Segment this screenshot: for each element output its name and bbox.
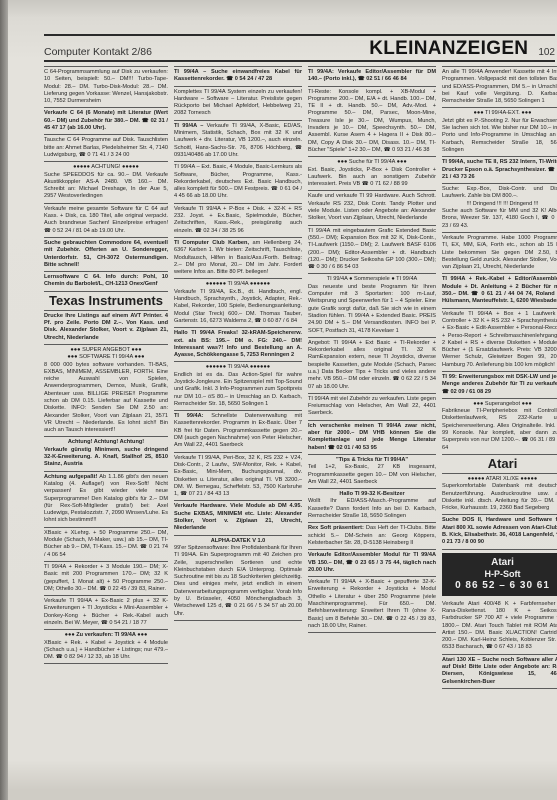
ad-heading: !!! Dringend !!! !!! Dringend !!!	[442, 201, 557, 208]
classified-ad: Suche: Exp.-Box, Disk-Contr. und Disk-La…	[442, 184, 557, 233]
ad-text: Teil 1+2, Ex-Basic, 27 KB insgesamt, Pro…	[308, 464, 436, 485]
ad-heading: ●●● SOFTWARE TI 99/4A ●●●	[44, 354, 168, 361]
page-spine-shadow	[0, 0, 8, 800]
ad-text: C 64-Programmsammlung auf Disk zu verkau…	[44, 69, 168, 104]
classified-ad: Verkaufe Hardware. Viele Module ab DM 4.…	[174, 501, 302, 535]
ad-lead: TI 99/4A –	[174, 123, 203, 129]
classified-ad: C 64-Programmsammlung auf Disk zu verkau…	[44, 66, 168, 108]
classified-ad: Komplettes TI 99/4A System einzeln zu ve…	[174, 87, 302, 121]
classified-ad: ●●●●●● TI 99/4A ●●●●●●Endlich ist es da.…	[174, 362, 302, 411]
ad-text: An alle TI 99/4A Anwender! Kassette mit …	[442, 69, 557, 104]
ad-text: Endlich ist es da. Das Action-Spiel für …	[174, 372, 302, 407]
classified-ad: Verkaufe Atari 400/48 K + Farbfernseher …	[442, 599, 557, 655]
ad-text: Verkaufe TI 99/4A + P-Box + Disk. + 32-K…	[174, 206, 302, 234]
box-phone: 0 86 52 – 6 30 61	[444, 580, 557, 592]
ad-text: Verkaufe Editor/Assembler Modul für TI 9…	[308, 552, 436, 573]
classified-ad: Hallo TI 99-32 K-BesitzerWollt Ihr ED/AS…	[308, 489, 436, 523]
ad-text: 8 000 000 bytes software vorhanden. TI-B…	[44, 362, 168, 434]
ad-lead: TI 99/4A:	[174, 413, 204, 419]
category-heading: Texas Instruments	[44, 292, 168, 311]
classified-ad: Achtung! Achtung! Achtung!Verkaufe günst…	[44, 437, 168, 471]
ad-text: Verkaufe Hardware. Viele Module ab DM 4.…	[174, 503, 302, 531]
classified-ad: Verkaufe TI 99/4A + X-Basic + gepufferte…	[308, 577, 436, 633]
classified-ad: Drucke Ihre Listings auf einem AVT Print…	[44, 311, 168, 345]
classified-ad: Verkaufe TI 99/4A + Box + 1 Laufwerk + C…	[442, 309, 557, 372]
classified-ad: Achtung aufgepaßt! Ab 1.1.86 gibt's den …	[44, 472, 168, 528]
ad-text: Verkaufe TI 99/4A, Peri-Box, 32 K, RS 23…	[174, 455, 302, 497]
ad-text: Jetzt gibt es P.-Shooting 2. Nur für Erw…	[442, 118, 557, 153]
ad-text: TI 99/4A + Rek.-Kabel + Editor/Assembler…	[442, 276, 557, 304]
ad-text: Lernsoftware C 64. Info durch: Pohl, 10 …	[44, 274, 168, 287]
ad-text: TI-Reste: Konsole kompl. + XB-Modul + Pr…	[308, 89, 436, 153]
classified-ad: Atari 130 XE – Suche noch Software aller…	[442, 655, 557, 689]
classified-ad: Kaufe und verkaufe TI 99 Hardware. Auch …	[308, 191, 436, 225]
classified-ad: Angebot: TI 99/4A + Ext Basic + TI-Rekor…	[308, 338, 436, 394]
ad-text: TI 99/4A – Ext. Basic, 4 Module, Basic-L…	[174, 164, 302, 199]
ad-text: Suche auch Software für MM und 32 K! Alb…	[442, 208, 557, 229]
ad-heading: TI 99/4A ● Sommerspiele ● TI 99/4A	[308, 276, 436, 283]
classified-ad: ●●● Zu verkaufen: TI 99/4A ●●●XBasic + R…	[44, 630, 168, 664]
ad-text: Verkaufe C 64 (6 Monate) mit Literatur (…	[44, 110, 168, 131]
ad-text: Verkaufe Atari 400/48 K + Farbfernseher …	[442, 601, 557, 651]
ad-heading: "Tips & Tricks für TI 99/4A"	[308, 457, 436, 464]
section-title: KLEINANZEIGEN	[369, 40, 528, 58]
classified-ad: TI 99/4A – Suche einwandfreies Kabel für…	[174, 66, 302, 87]
classified-ad: ●●● SUPER ANGEBOT ●●●●●● SOFTWARE TI 99/…	[44, 345, 168, 438]
ad-heading: Hallo TI 99-32 K-Besitzer	[308, 491, 436, 498]
classified-ad: Rex Soft präsentiert: Das Heft der TI-Cl…	[308, 523, 436, 550]
ad-text: TI 99/4A – Suche einwandfreies Kabel für…	[174, 69, 302, 82]
ad-text: TI 99/4A: Verkaufe Editor/Assembler für …	[308, 69, 436, 82]
ad-text: Suche gebrauchten Commodore 64, eventuel…	[44, 240, 168, 268]
classified-ad: TI 99/4A, suche TE II, RS 232 Intern, TI…	[442, 157, 557, 184]
ad-text: Suche: Exp.-Box, Disk-Contr. und Disk-La…	[442, 186, 557, 199]
classified-ad: TI 99/4A ● Sommerspiele ● TI 99/4ADas ne…	[308, 274, 436, 337]
classified-ad: Verkaufe TI 99/4A + Ex-Basic 2 plus + 32…	[44, 596, 168, 630]
ad-text: Verkaufe Programme. Habe 1000 Programme …	[442, 235, 557, 270]
ad-lead: Rex Soft präsentiert:	[308, 525, 364, 531]
ad-text: Suche SPEEDDOS für ca. 90.– DM. Verkaufe…	[44, 172, 168, 200]
ad-text: Superkomfortable Datenbank mit deutscher…	[442, 483, 557, 511]
ad-text: Ext. Basic, Joysticks, P-Box + Disk Cont…	[308, 167, 436, 188]
ad-text: XBasic + Rek. + Kabel + Joystick + 4 Mod…	[44, 640, 168, 661]
advertiser-box: AtariH-P-Soft0 86 52 – 6 30 61	[442, 553, 557, 596]
ad-lead: TI Computer Club Karben,	[174, 240, 249, 246]
ad-text: Verkaufe TI 99/4A, Ex.B., dt. Handbuch, …	[174, 289, 302, 324]
ad-text: Verkaufe TI 99/4A + Box + 1 Laufwerk + C…	[442, 311, 557, 368]
ad-text: Hallo TI 99/4A Freaks! 32-kRAM-Speichere…	[174, 330, 302, 358]
classified-ad: ●●●●● ACHTUNG! ●●●●●Suche SPEEDDOS für c…	[44, 162, 168, 203]
ad-text: Angebot: TI 99/4A + Ext Basic + TI-Rekor…	[308, 340, 436, 390]
ad-text: Verkaufe TI 99/4A + X-Basic + gepufferte…	[308, 579, 436, 629]
classified-ad: Verkaufe Programme. Habe 1000 Programme …	[442, 233, 557, 274]
classified-ad: Suche DOS II, Hardware und Software für …	[442, 515, 557, 549]
ad-text: Fabrikneue TI-Peripheriebox mit Controll…	[442, 408, 557, 450]
ad-text: Ich verschenke meinen TI 99/4A zwar nich…	[308, 423, 436, 451]
ad-lead: Achtung aufgepaßt!	[44, 474, 97, 480]
column-4: An alle TI 99/4A Anwender! Kassette mit …	[442, 66, 557, 786]
ad-heading: ●●●●● ATARI XL/XE ●●●●●	[442, 476, 557, 483]
ad-heading: ●●●●● ACHTUNG! ●●●●●	[44, 164, 168, 171]
classified-ad: TI 99/4A – Verkaufe TI 99/4A, X-Basic, E…	[174, 121, 302, 162]
category-heading: Atari	[442, 455, 557, 474]
ad-heading: ●●●●●● TI 99/4A ●●●●●●	[174, 364, 302, 371]
classified-ad: TI 99/4A mit eingebautem Grafic Extended…	[308, 226, 436, 275]
ad-text: Atari 130 XE – Suche noch Software aller…	[442, 657, 557, 685]
ad-text: XBasic + XLehrg. + 50 Programme 250.– DM…	[44, 530, 168, 558]
ad-heading: ●●● Superangebot ●●●	[442, 401, 557, 408]
classified-ad: TI 99/4A: Verkaufe Editor/Assembler für …	[308, 66, 436, 87]
classified-ad: Verkaufe Editor/Assembler Modul für TI 9…	[308, 550, 436, 577]
header-right: KLEINANZEIGEN 102	[369, 40, 555, 58]
classified-ad: ●●● TI 99/4A-EXT. ●●●Jetzt gibt es P.-Sh…	[442, 108, 557, 157]
classified-ad: TI 99/4A mit viel Zubehör zu verkaufen. …	[308, 394, 436, 421]
ad-heading: ●●● Suche für TI 99/4A ●●●	[308, 159, 436, 166]
classified-ad: TI 99: Erweiterungsbox mit DSK-LW und je…	[442, 372, 557, 399]
classified-ad: XBasic + XLehrg. + 50 Programme 250.– DM…	[44, 528, 168, 562]
page-number: 102	[538, 47, 555, 58]
classified-ad: ●●●●●● TI 99/4A ●●●●●●Verkaufe TI 99/4A,…	[174, 279, 302, 328]
page-header: Computer Kontakt 2/86 KLEINANZEIGEN 102	[44, 34, 555, 62]
ad-text: 99'er Spitzensoftware: Ihre Profidatenba…	[174, 545, 302, 617]
ad-text: Tausche C 64 Programme auf Disk. Tauschl…	[44, 137, 168, 158]
classified-ad: An alle TI 99/4A Anwender! Kassette mit …	[442, 66, 557, 108]
classified-ad: ●●● Superangebot ●●●Fabrikneue TI-Periph…	[442, 399, 557, 455]
ad-text: Komplettes TI 99/4A System einzeln zu ve…	[174, 89, 302, 117]
ad-text: TI 99/4A mit viel Zubehör zu verkaufen. …	[308, 396, 436, 417]
magazine-page: Computer Kontakt 2/86 KLEINANZEIGEN 102 …	[8, 0, 557, 800]
ad-heading: ●●●●●● TI 99/4A ●●●●●●	[174, 281, 302, 288]
column-2: TI 99/4A – Suche einwandfreies Kabel für…	[174, 66, 302, 786]
ad-text: Verkaufe TI 99/4A + Ex-Basic 2 plus + 32…	[44, 598, 168, 626]
classified-ad: ALPHA-DATEK V 1.099'er Spitzensoftware: …	[174, 536, 302, 621]
classified-ad: TI 99/4A – Ext. Basic, 4 Module, Basic-L…	[174, 162, 302, 203]
classified-ad: ●●● Suche für TI 99/4A ●●●Ext. Basic, Jo…	[308, 157, 436, 191]
ad-heading: ALPHA-DATEK V 1.0	[174, 538, 302, 545]
classified-columns: C 64-Programmsammlung auf Disk zu verkau…	[44, 66, 555, 786]
ad-text: Drucke Ihre Listings auf einem AVT Print…	[44, 313, 168, 341]
column-1: C 64-Programmsammlung auf Disk zu verkau…	[44, 66, 168, 786]
classified-ad: "Tips & Tricks für TI 99/4A"Teil 1+2, Ex…	[308, 455, 436, 489]
classified-ad: TI 99/4A: Schnellste Datenverwaltung mit…	[174, 411, 302, 452]
ad-text: TI 99/4A mit eingebautem Grafic Extended…	[308, 228, 436, 270]
ad-text: Wollt Ihr ED/ASS-Masch.-Programme auf Ka…	[308, 498, 436, 519]
classified-ad: ●●●●● ATARI XL/XE ●●●●●Superkomfortable …	[442, 474, 557, 515]
classified-ad: Verkaufe meine gesamte Software für C 64…	[44, 204, 168, 238]
box-company: H-P-Soft	[444, 569, 557, 580]
column-3: TI 99/4A: Verkaufe Editor/Assembler für …	[308, 66, 436, 786]
classified-ad: Verkaufe C 64 (6 Monate) mit Literatur (…	[44, 108, 168, 135]
classified-ad: TI Computer Club Karben, am Hellenberg 2…	[174, 238, 302, 279]
classified-ad: TI 99/4A + Rek.-Kabel + Editor/Assembler…	[442, 274, 557, 308]
ad-heading: Achtung! Achtung! Achtung!	[44, 439, 168, 446]
ad-text: Das neueste und beste Programm für Ihren…	[308, 284, 436, 334]
classified-ad: Verkaufe TI 99/4A, Peri-Box, 32 K, RS 23…	[174, 453, 302, 502]
ad-text: TI 99: Erweiterungsbox mit DSK-LW und je…	[442, 374, 557, 395]
ad-text: Ab 1.1.86 gibt's den neuen Katalog (4. A…	[44, 474, 168, 524]
classified-ad: Suche gebrauchten Commodore 64, eventuel…	[44, 238, 168, 272]
classified-ad: Tausche C 64 Programme auf Disk. Tauschl…	[44, 135, 168, 162]
box-brand: Atari	[444, 557, 557, 569]
ad-text: Kaufe und verkaufe TI 99 Hardware. Auch …	[308, 193, 436, 221]
magazine-title: Computer Kontakt 2/86	[44, 46, 152, 58]
ad-heading: ●●● Zu verkaufen: TI 99/4A ●●●	[44, 632, 168, 639]
ad-text: Verkaufe günstig Minimem, suche dringend…	[44, 447, 168, 468]
ad-heading: ●●● SUPER ANGEBOT ●●●	[44, 347, 168, 354]
classified-ad: TI-Reste: Konsole kompl. + XB-Modul + Pr…	[308, 87, 436, 158]
classified-ad: Hallo TI 99/4A Freaks! 32-kRAM-Speichere…	[174, 328, 302, 362]
classified-ad: Verkaufe TI 99/4A + P-Box + Disk. + 32-K…	[174, 204, 302, 238]
ad-text: TI 99/4A, suche TE II, RS 232 Intern, TI…	[442, 159, 557, 180]
classified-ad: TI 99/4A + Rekorder + 3 Module 190.– DM;…	[44, 562, 168, 596]
ad-text: TI 99/4A + Rekorder + 3 Module 190.– DM;…	[44, 564, 168, 592]
classified-ad: Lernsoftware C 64. Info durch: Pohl, 10 …	[44, 272, 168, 292]
ad-text: Suche DOS II, Hardware und Software für …	[442, 517, 557, 545]
ad-text: Verkaufe meine gesamte Software für C 64…	[44, 206, 168, 234]
ad-heading: ●●● TI 99/4A-EXT. ●●●	[442, 110, 557, 117]
classified-ad: Ich verschenke meinen TI 99/4A zwar nich…	[308, 421, 436, 455]
